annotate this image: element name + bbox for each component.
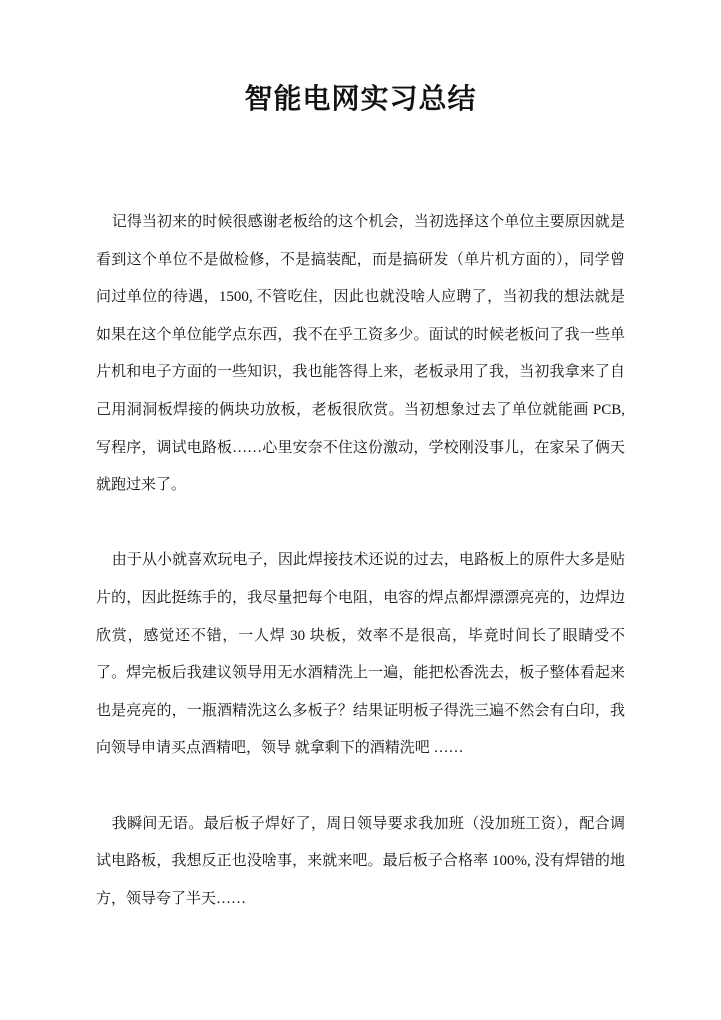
paragraph-3: 我瞬间无语。最后板子焊好了，周日领导要求我加班（没加班工资），配合调试电路板，我… <box>96 806 625 919</box>
document-body: 记得当初来的时候很感谢老板给的这个机会，当初选择这个单位主要原因就是看到这个单位… <box>96 116 625 918</box>
document-title: 智能电网实习总结 <box>96 84 625 116</box>
document-page: 智能电网实习总结 记得当初来的时候很感谢老板给的这个机会，当初选择这个单位主要原… <box>0 0 721 1020</box>
paragraph-1: 记得当初来的时候很感谢老板给的这个机会，当初选择这个单位主要原因就是看到这个单位… <box>96 204 625 505</box>
paragraph-2: 由于从小就喜欢玩电子，因此焊接技术还说的过去，电路板上的原件大多是贴片的，因此挺… <box>96 542 625 768</box>
